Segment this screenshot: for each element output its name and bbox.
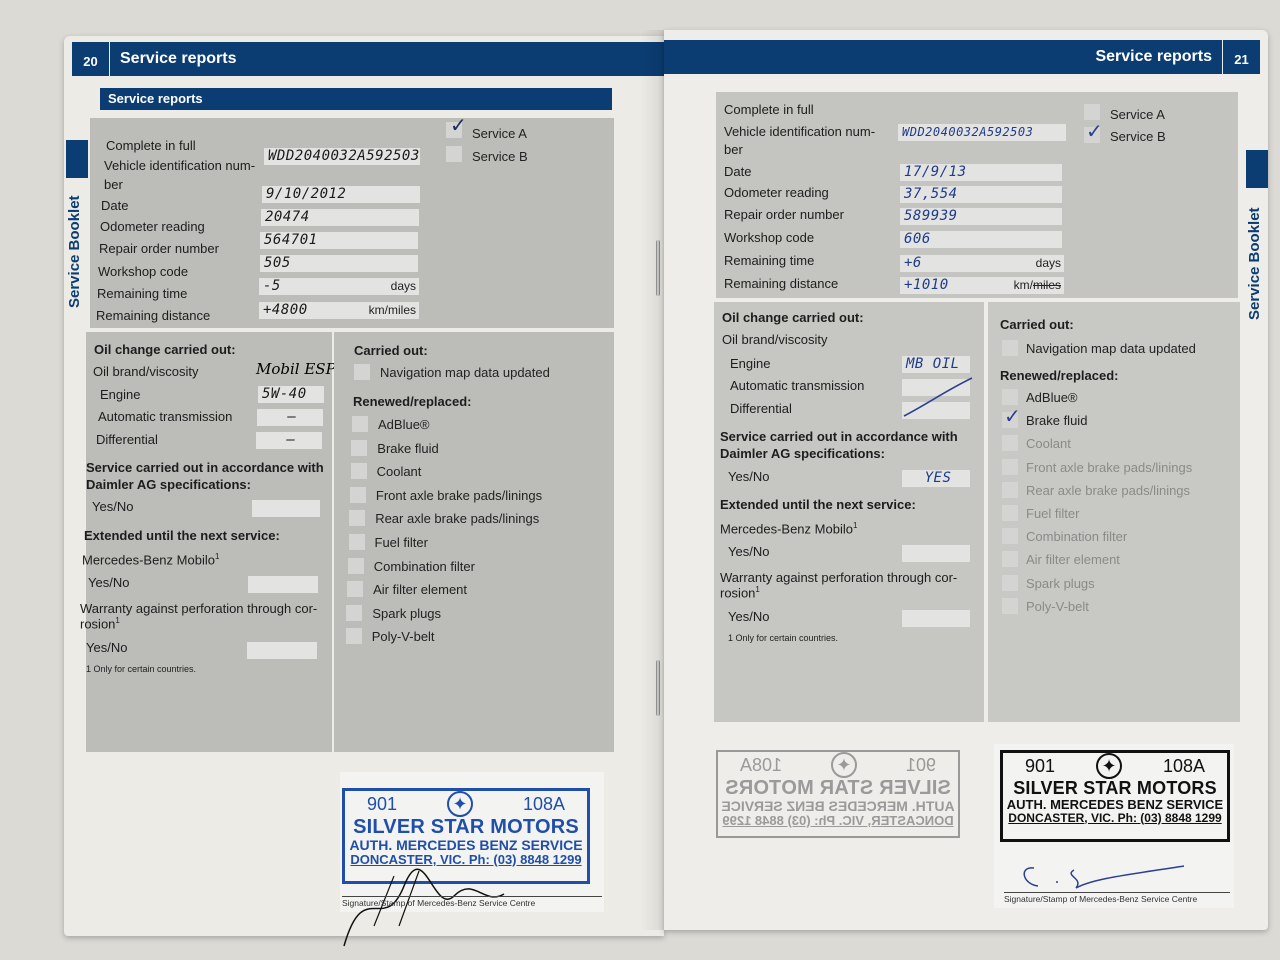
checkbox-combination-filter[interactable] — [348, 558, 364, 574]
stamp-left-code: 901 — [367, 795, 397, 814]
checkbox-label: AdBlue® — [378, 417, 430, 432]
workshop-code-label: Workshop code — [98, 264, 188, 279]
checkbox-front-axle-brake-pads-linings[interactable] — [350, 487, 366, 503]
repair-order-label: Repair order number — [99, 241, 219, 256]
side-tab-marker — [66, 140, 88, 178]
date-field[interactable]: 17/9/13 — [900, 164, 1062, 181]
warranty-label-cont: rosion1 — [80, 616, 120, 631]
checkbox-poly-v-belt[interactable] — [346, 628, 362, 644]
vin-field[interactable]: WDD2040032A592503 — [264, 148, 420, 165]
repair-order-label: Repair order number — [724, 207, 844, 222]
stamp-authorization: AUTH. MERCEDES BENZ SERVICE — [1003, 798, 1227, 812]
auto-transmission-field[interactable]: — — [257, 409, 323, 426]
auto-transmission-label: Automatic transmission — [98, 409, 232, 424]
faded-stamp-dealer-name: SILVER STAR MOTORS — [718, 778, 958, 799]
mobilo-yes-no-field[interactable] — [248, 576, 318, 593]
checkbox-label: Air filter element — [373, 582, 467, 597]
remaining-time-label: Remaining time — [97, 286, 187, 301]
odometer-field[interactable]: 20474 — [261, 209, 419, 226]
right-page: Service reports 21 Service Booklet Compl… — [664, 30, 1268, 930]
side-tab-label: Service Booklet — [1246, 207, 1263, 320]
engine-label: Engine — [730, 356, 770, 371]
stamp-dealer-name: SILVER STAR MOTORS — [1003, 779, 1227, 798]
signature-label: Signature/Stamp of Mercedes-Benz Service… — [1004, 892, 1230, 904]
mercedes-star-icon: ✦ — [1096, 753, 1122, 779]
daimler-yes-no-field[interactable]: YES — [902, 470, 970, 487]
remaining-distance-field[interactable]: +1010 km/miles — [900, 277, 1064, 294]
daimler-spec-heading: Service carried out in accordance with — [86, 460, 324, 475]
engine-label: Engine — [100, 387, 140, 402]
checkbox-poly-v-belt[interactable] — [1002, 598, 1018, 614]
service-a-label: Service A — [472, 126, 527, 141]
engine-oil-field[interactable]: 5W-40 — [258, 386, 324, 403]
dealer-stamp: 901 ✦ 108A SILVER STAR MOTORS AUTH. MERC… — [1000, 750, 1230, 842]
checkbox-label: Rear axle brake pads/linings — [375, 511, 539, 526]
service-b-label: Service B — [1110, 129, 1166, 144]
extended-heading: Extended until the next service: — [84, 528, 280, 543]
checkbox-label: Fuel filter — [375, 535, 428, 550]
remaining-distance-unit: km/miles — [1014, 277, 1061, 294]
remaining-distance-value: +4800 — [263, 302, 308, 318]
staple-bottom — [656, 660, 660, 716]
stamp-codes: 901 ✦ 108A — [1003, 753, 1227, 779]
stamp-left-code: 901 — [1025, 757, 1055, 776]
oil-change-heading: Oil change carried out: — [722, 310, 864, 325]
remaining-time-value: -5 — [263, 278, 281, 294]
vin-label: Vehicle identification num- — [724, 124, 875, 139]
oil-brand-label: Oil brand/viscosity — [93, 364, 198, 379]
renewed-heading: Renewed/replaced: — [353, 394, 472, 409]
checkbox-label: AdBlue® — [1026, 390, 1078, 405]
footnote: 1 Only for certain countries. — [728, 633, 838, 643]
date-label: Date — [724, 164, 751, 179]
checkbox-label: Poly-V-belt — [1026, 599, 1089, 614]
daimler-spec-heading-cont: Daimler AG specifications: — [86, 477, 251, 492]
remaining-time-field[interactable]: +6 days — [900, 255, 1064, 272]
page-header: 20 Service reports — [72, 42, 664, 76]
remaining-time-label: Remaining time — [724, 253, 814, 268]
oil-brand-label: Oil brand/viscosity — [722, 332, 827, 347]
checkbox-label: Navigation map data updated — [1026, 341, 1196, 356]
checkbox-adblue[interactable] — [352, 416, 368, 432]
faded-stamp-right-code: 108A — [740, 756, 782, 775]
differential-label: Differential — [96, 432, 158, 447]
page-header-title: Service reports — [110, 41, 247, 77]
footnote: 1 Only for certain countries. — [86, 664, 196, 674]
vin-label-cont: ber — [724, 142, 743, 157]
complete-in-full-label: Complete in full — [724, 102, 814, 117]
checkbox-label: Front axle brake pads/linings — [376, 488, 542, 503]
warranty-yes-no-label: Yes/No — [728, 609, 769, 624]
checkbox-label: Poly-V-belt — [372, 629, 435, 644]
mobilo-yes-no-label: Yes/No — [728, 544, 769, 559]
date-field[interactable]: 9/10/2012 — [262, 186, 420, 203]
checkbox-navigation-map-data-updated[interactable] — [354, 364, 370, 380]
checkbox-label: Combination filter — [1026, 529, 1127, 544]
repair-order-field[interactable]: 564701 — [260, 232, 418, 249]
checkbox-label: Navigation map data updated — [380, 365, 550, 380]
warranty-yes-no-field[interactable] — [902, 610, 970, 627]
checkbox-adblue[interactable] — [1002, 389, 1018, 405]
oil-brand-value: Mobil ESP — [256, 360, 336, 378]
mobilo-yes-no-label: Yes/No — [88, 575, 129, 590]
complete-in-full-label: Complete in full — [106, 138, 196, 153]
checkbox-label: Brake fluid — [377, 441, 438, 456]
mercedes-star-icon: ✦ — [831, 752, 857, 778]
stamp-right-code: 108A — [1163, 757, 1205, 776]
faded-stamp-address: DONCASTER, VIC. Ph: (03) 8848 1299 — [718, 814, 958, 828]
checkbox-fuel-filter[interactable] — [1002, 505, 1018, 521]
vin-field[interactable]: WDD2040032A592503 — [898, 124, 1066, 141]
faded-stamp-codes: 901 ✦ 108A — [718, 752, 958, 778]
odometer-label: Odometer reading — [100, 219, 205, 234]
unit-km: km/ — [1014, 278, 1033, 292]
checkmark-icon: ✓ — [450, 118, 467, 134]
page-number: 21 — [1222, 40, 1260, 74]
oil-change-heading: Oil change carried out: — [94, 342, 236, 357]
warranty-label-text: rosion — [80, 616, 115, 631]
faded-stamp-authorization: AUTH. MERCEDES BENZ SERVICE — [718, 799, 958, 814]
remaining-distance-label: Remaining distance — [724, 276, 838, 291]
side-tab-label: Service Booklet — [66, 195, 83, 308]
stamp-codes: 901 ✦ 108A — [345, 791, 587, 817]
left-page: 20 Service reports Service reports Servi… — [64, 36, 664, 936]
differential-field[interactable]: — — [256, 432, 322, 449]
checkbox-label: Fuel filter — [1026, 506, 1079, 521]
strike-through-line — [902, 376, 974, 420]
warranty-yes-no-field[interactable] — [247, 642, 317, 659]
stamp-address: DONCASTER, VIC. Ph: (03) 8848 1299 — [1003, 812, 1227, 825]
mobilo-label-text: Mercedes-Benz Mobilo — [720, 521, 853, 536]
mobilo-label-text: Mercedes-Benz Mobilo — [82, 552, 215, 567]
warranty-yes-no-label: Yes/No — [86, 640, 127, 655]
mobilo-footnote-mark: 1 — [215, 552, 219, 561]
checkbox-brake-fluid[interactable] — [351, 440, 367, 456]
remaining-distance-label: Remaining distance — [96, 308, 210, 323]
service-a-checkbox[interactable] — [1084, 104, 1100, 120]
workshop-code-field[interactable]: 606 — [900, 231, 1062, 248]
faded-stamp-imprint: 901 ✦ 108A SILVER STAR MOTORS AUTH. MERC… — [716, 750, 960, 838]
checkbox-air-filter-element[interactable] — [1002, 551, 1018, 567]
mobilo-yes-no-field[interactable] — [902, 545, 970, 562]
stamp-right-code: 108A — [523, 795, 565, 814]
extended-heading: Extended until the next service: — [720, 497, 916, 512]
checkbox-label: Spark plugs — [1026, 576, 1095, 591]
remaining-time-unit: days — [1036, 255, 1061, 272]
auto-transmission-label: Automatic transmission — [730, 378, 864, 393]
checkbox-navigation-map-data-updated[interactable] — [1002, 340, 1018, 356]
checkbox-label: Coolant — [1026, 436, 1071, 451]
checkbox-label: Front axle brake pads/linings — [1026, 460, 1192, 475]
checkbox-combination-filter[interactable] — [1002, 528, 1018, 544]
daimler-yes-no-label: Yes/No — [92, 499, 133, 514]
renewed-heading: Renewed/replaced: — [1000, 368, 1119, 383]
carried-out-heading: Carried out: — [1000, 317, 1074, 332]
section-title: Service reports — [100, 88, 612, 110]
checkbox-label: Brake fluid — [1026, 413, 1087, 428]
daimler-yes-no-field[interactable] — [252, 500, 320, 517]
daimler-yes-no-label: Yes/No — [728, 469, 769, 484]
remaining-distance-unit: km/miles — [369, 302, 416, 319]
vin-label-cont: ber — [104, 177, 123, 192]
vin-label: Vehicle identification num- — [104, 158, 255, 173]
side-tab-marker — [1246, 150, 1268, 188]
odometer-field[interactable]: 37,554 — [900, 186, 1062, 203]
signature-scribble — [1014, 856, 1194, 896]
warranty-label: Warranty against perforation through cor… — [80, 601, 317, 616]
faded-stamp-left-code: 901 — [906, 756, 936, 775]
checkbox-label: Combination filter — [374, 559, 475, 574]
warranty-label: Warranty against perforation through cor… — [720, 570, 957, 585]
checkbox-air-filter-element[interactable] — [347, 581, 363, 597]
daimler-spec-heading: Service carried out in accordance with — [720, 429, 958, 444]
checkbox-rear-axle-brake-pads-linings[interactable] — [1002, 482, 1018, 498]
signature-label: Signature/Stamp of Mercedes-Benz Service… — [342, 896, 602, 908]
remaining-time-field[interactable]: -5 days — [259, 278, 419, 295]
remaining-time-value: +6 — [904, 255, 922, 271]
service-b-label: Service B — [472, 149, 528, 164]
stamp-dealer-name: SILVER STAR MOTORS — [345, 817, 587, 838]
checkbox-coolant[interactable] — [1002, 435, 1018, 451]
checkbox-coolant[interactable] — [351, 463, 367, 479]
warranty-footnote-mark: 1 — [115, 616, 119, 625]
repair-order-field[interactable]: 589939 — [900, 208, 1062, 225]
service-a-label: Service A — [1110, 107, 1165, 122]
checkmark-icon: ✓ — [1086, 124, 1103, 140]
page-header: Service reports 21 — [664, 40, 1260, 74]
mobilo-footnote-mark: 1 — [853, 521, 857, 530]
differential-label: Differential — [730, 401, 792, 416]
remaining-distance-value: +1010 — [904, 277, 949, 293]
checkbox-fuel-filter[interactable] — [349, 534, 365, 550]
service-b-checkbox[interactable] — [446, 146, 462, 162]
staple-top — [656, 240, 660, 296]
checkmark-icon: ✓ — [1004, 409, 1021, 425]
workshop-code-label: Workshop code — [724, 230, 814, 245]
checkbox-label: Rear axle brake pads/linings — [1026, 483, 1190, 498]
carried-out-heading: Carried out: — [354, 343, 428, 358]
date-label: Date — [101, 198, 128, 213]
remaining-time-unit: days — [391, 278, 416, 295]
odometer-label: Odometer reading — [724, 185, 829, 200]
remaining-distance-field[interactable]: +4800 km/miles — [259, 302, 419, 319]
checkbox-front-axle-brake-pads-linings[interactable] — [1002, 459, 1018, 475]
stamp-authorization: AUTH. MERCEDES BENZ SERVICE — [345, 838, 587, 853]
unit-miles-struck: miles — [1033, 278, 1061, 292]
engine-oil-field[interactable]: MB OIL — [902, 356, 970, 373]
workshop-code-field[interactable]: 505 — [260, 255, 418, 272]
checkbox-label: Spark plugs — [372, 606, 441, 621]
checkbox-rear-axle-brake-pads-linings[interactable] — [349, 510, 365, 526]
checkbox-spark-plugs[interactable] — [346, 605, 362, 621]
page-number: 20 — [72, 42, 110, 76]
warranty-footnote-mark: 1 — [755, 585, 759, 594]
mercedes-star-icon: ✦ — [447, 791, 473, 817]
mobilo-label: Mercedes-Benz Mobilo1 — [720, 521, 857, 536]
mobilo-label: Mercedes-Benz Mobilo1 — [82, 552, 219, 567]
page-header-title: Service reports — [1085, 39, 1222, 75]
warranty-label-cont: rosion1 — [720, 585, 760, 600]
warranty-label-text: rosion — [720, 585, 755, 600]
checkbox-label: Air filter element — [1026, 552, 1120, 567]
checkbox-spark-plugs[interactable] — [1002, 575, 1018, 591]
daimler-spec-heading-cont: Daimler AG specifications: — [720, 446, 885, 461]
checkbox-label: Coolant — [377, 464, 422, 479]
